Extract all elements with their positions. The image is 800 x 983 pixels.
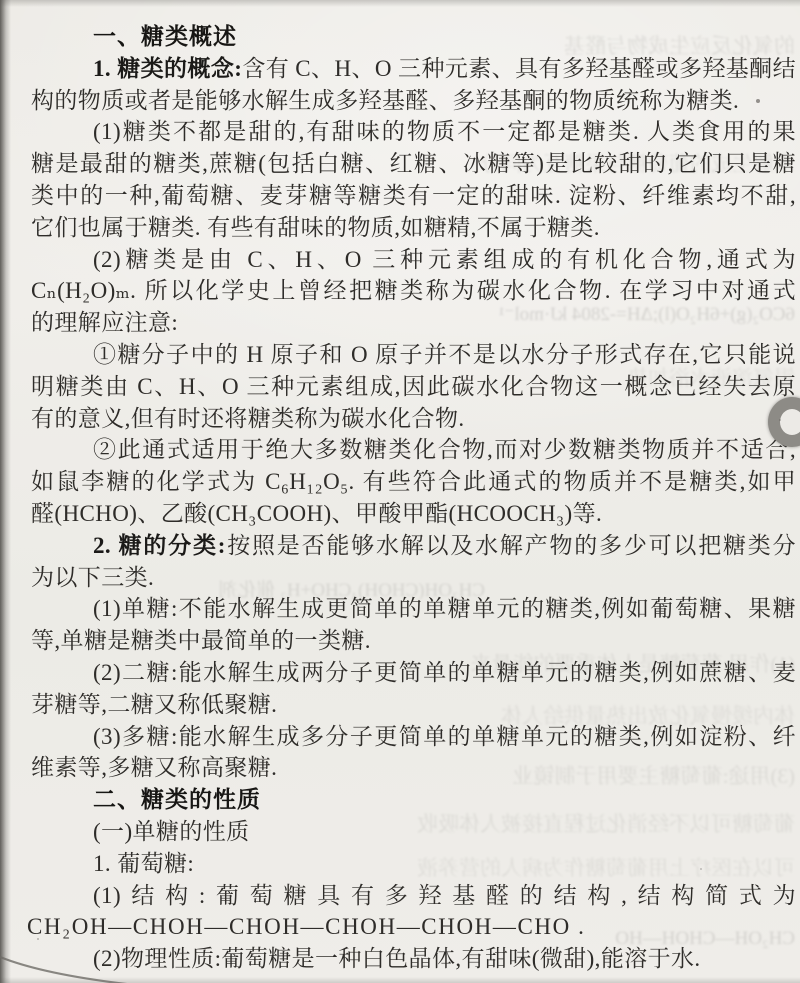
item-heading-glucose: 1. 葡萄糖: <box>31 848 796 880</box>
glucose-structural-formula: CH₂OH—CHOH—CHOH—CHOH—CHOH—CHO . <box>27 911 796 943</box>
section-heading-overview: 一、糖类概述 <box>31 21 796 53</box>
page-curl-line <box>0 943 140 983</box>
section-heading-properties: 二、糖类的性质 <box>31 784 796 816</box>
text-line: 2. 糖的分类:按照是否能够水解以及水解产物的多少可以把糖类分 <box>31 530 796 562</box>
text-line: 的理解应注意: <box>31 307 796 339</box>
text-line: 糖是最甜的糖类,蔗糖(包括白糖、红糖、冰糖等)是比较甜的,它们只是糖 <box>31 148 796 180</box>
text-line: (1)糖类不都是甜的,有甜味的物质不一定都是糖类. 人类食用的果 <box>31 116 796 148</box>
bold-lead-classification: 2. 糖的分类: <box>93 533 226 558</box>
text-line: 1. 糖类的概念:含有 C、H、O 三种元素、具有多羟基醛或多羟基酮结 <box>31 53 796 85</box>
text-line: 醛(HCHO)、乙酸(CH₃COOH)、甲酸甲酯(HCOOCH₃)等. <box>31 498 796 530</box>
scan-gutter-shadow <box>0 0 11 983</box>
line-rest: 按照是否能够水解以及水解产物的多少可以把糖类分 <box>226 533 796 558</box>
text-line: (1)单糖:不能水解生成更简单的单糖单元的糖类,例如葡萄糖、果糖 <box>31 593 796 625</box>
text-line: 构的物质或者是能够水解生成多羟基醛、多羟基酮的物质统称为糖类. <box>31 85 796 117</box>
text-line: 如鼠李糖的化学式为 C₆H₁₂O₅. 有些符合此通式的物质并不是糖类,如甲 <box>31 466 796 498</box>
line-rest: 含有 C、H、O 三种元素、具有多羟基醛或多羟基酮结 <box>242 56 796 81</box>
text-line: ②此通式适用于绝大多数糖类化合物,而对少数糖类物质并不适合, <box>31 434 796 466</box>
text-line: 维素等,多糖又称高聚糖. <box>31 752 796 784</box>
text-line: (3)多糖:能水解生成多分子更简单的单糖单元的糖类,例如淀粉、纤 <box>31 721 796 753</box>
text-line: ①糖分子中的 H 原子和 O 原子并不是以水分子形式存在,它只能说 <box>31 339 796 371</box>
bold-lead-concept: 1. 糖类的概念: <box>93 56 242 81</box>
text-line-formula-general: Cₙ(H₂O)ₘ. 所以化学史上曾经把糖类称为碳水化合物. 在学习中对通式 <box>31 275 796 307</box>
text-line: (2)糖类是由 C、H、O 三种元素组成的有机化合物,通式为 <box>31 244 796 276</box>
scan-edge-shadow-top <box>0 0 800 7</box>
text-line: 明糖类由 C、H、O 三种元素组成,因此碳水化合物这一概念已经失去原 <box>31 371 796 403</box>
text-line: 有的意义,但有时还将糖类称为碳水化合物. <box>31 403 796 435</box>
text-line: 类中的一种,葡萄糖、麦芽糖等糖类有一定的甜味. 淀粉、纤维素均不甜, <box>31 180 796 212</box>
text-line: 芽糖等,二糖又称低聚糖. <box>31 689 796 721</box>
text-line: (2)物理性质:葡萄糖是一种白色晶体,有甜味(微甜),能溶于水. <box>31 943 796 975</box>
text-line: (1)结构:葡萄糖具有多羟基醛的结构,结构简式为 <box>31 880 796 912</box>
scanned-textbook-page: 的氧化反应生成物与醛基 水解生成的葡萄糖与果糖互为同分 6CO₂(g)+6H₂O… <box>0 0 800 983</box>
subsection-heading-monosaccharide: (一)单糖的性质 <box>31 816 796 848</box>
text-line: 为以下三类. <box>31 562 796 594</box>
text-line: 它们也属于糖类. 有些有甜味的物质,如糖精,不属于糖类. <box>31 212 796 244</box>
text-line: (2)二糖:能水解生成两分子更简单的单糖单元的糖类,例如蔗糖、麦 <box>31 657 796 689</box>
text-line: 等,单糖是糖类中最简单的一类糖. <box>31 625 796 657</box>
page-text-block: 一、糖类概述 1. 糖类的概念:含有 C、H、O 三种元素、具有多羟基醛或多羟基… <box>31 21 796 975</box>
scan-noise-specks <box>0 0 2 2</box>
